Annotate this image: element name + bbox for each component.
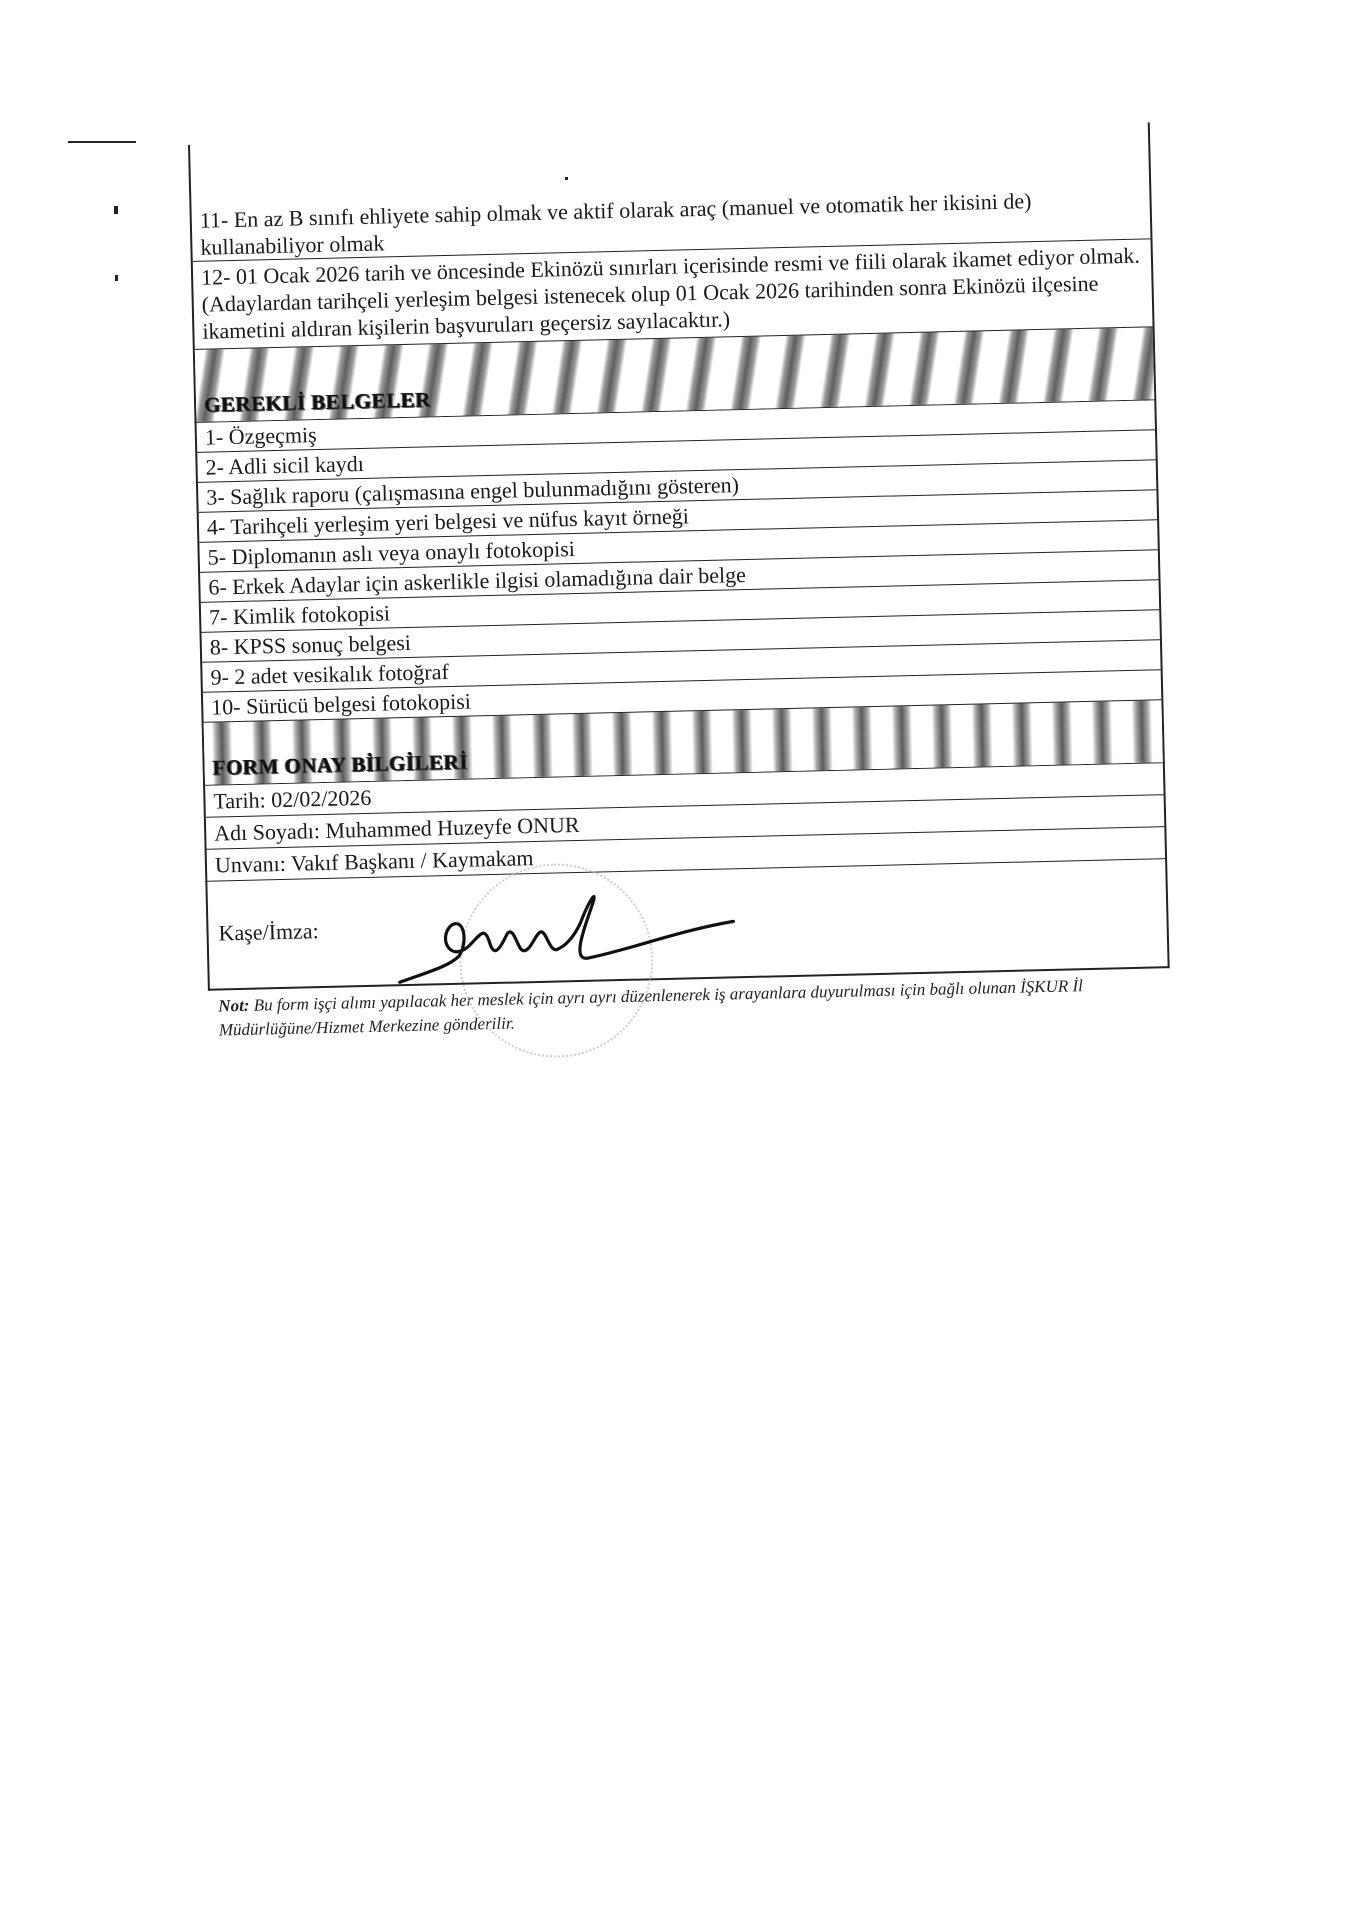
requirement-number: 12-: [201, 264, 231, 290]
footnote-label: Not:: [218, 996, 250, 1016]
handwritten-signature-icon: [388, 879, 770, 998]
section-title: FORM ONAY BİLGİLERİ: [212, 750, 468, 781]
requirement-text: 01 Ocak 2026 tarih ve öncesinde Ekinözü …: [201, 243, 1140, 344]
scan-artifact-dot: [115, 275, 118, 281]
scanned-form-page: 11- En az B sınıfı ehliyete sahip olmak …: [188, 122, 1171, 1042]
section-title: GEREKLİ BELGELER: [204, 387, 431, 417]
signature-row: Kaşe/İmza:: [207, 858, 1167, 989]
scan-artifact-line: [68, 141, 136, 143]
scan-artifact-dot: [114, 206, 118, 214]
form-table: 11- En az B sınıfı ehliyete sahip olmak …: [188, 122, 1170, 990]
requirement-number: 11-: [199, 207, 228, 233]
requirement-row-11: 11- En az B sınıfı ehliyete sahip olmak …: [190, 122, 1150, 261]
signature-label: Kaşe/İmza:: [218, 917, 319, 946]
